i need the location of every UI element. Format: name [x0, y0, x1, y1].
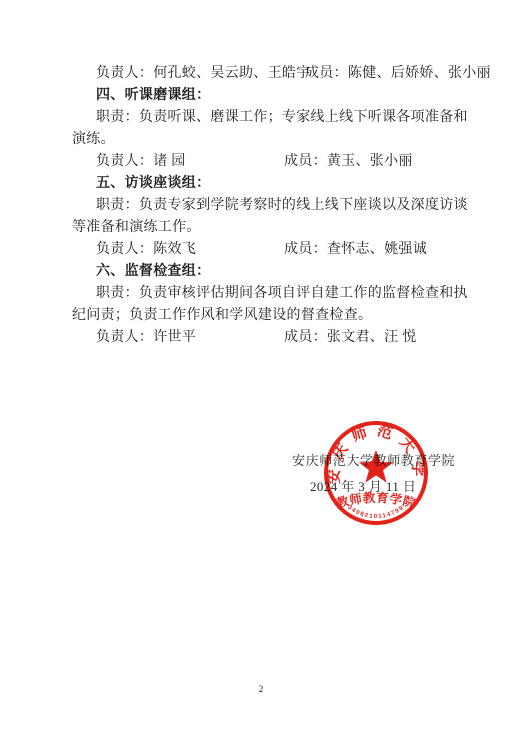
member-text: 成员：张文君、汪 悦 [284, 327, 417, 349]
seal-bottom-text: 教师教育学院 [334, 490, 418, 511]
section-heading: 五、访谈座谈组： [72, 173, 456, 195]
doc-lines: 负责人：何孔蛟、吴云助、王皓宇成员：陈健、后娇娇、张小丽四、听课磨课组：职责：负… [72, 63, 456, 349]
member-text: 成员：查怀志、姚强诚 [284, 239, 427, 261]
leader-text: 负责人：何孔蛟、吴云助、王皓宇 [96, 66, 311, 81]
leader-text: 负责人：许世平 [96, 330, 196, 345]
doc-line: 纪问责；负责工作作风和学风建设的督查检查。 [72, 305, 456, 327]
doc-line: 负责人：许世平成员：张文君、汪 悦 [72, 327, 456, 349]
doc-line: 负责人：何孔蛟、吴云助、王皓宇成员：陈健、后娇娇、张小丽 [72, 63, 456, 85]
section-heading: 四、听课磨课组： [72, 85, 456, 107]
doc-line: 等准备和演练工作。 [72, 217, 456, 239]
doc-line: 职责：负责听课、磨课工作；专家线上线下听课各项准备和 [72, 107, 456, 129]
member-text: 成员：陈健、后娇娇、张小丽 [305, 63, 491, 85]
doc-line: 负责人：诸 园成员：黄玉、张小丽 [72, 151, 456, 173]
page-number: 2 [0, 684, 522, 694]
section-heading: 六、监督检查组： [72, 261, 456, 283]
doc-line: 负责人：陈效飞成员：查怀志、姚强诚 [72, 239, 456, 261]
member-text: 成员：黄玉、张小丽 [284, 151, 413, 173]
leader-text: 负责人：诸 园 [96, 154, 186, 169]
doc-line: 职责：负责专家到学院考察时的线上线下座谈以及深度访谈 [72, 195, 456, 217]
seal-star-icon [359, 450, 393, 483]
official-seal-icon: 安庆师范大学 教师教育学院 3408210114799 [316, 413, 436, 533]
doc-line: 演练。 [72, 129, 456, 151]
document-page: 负责人：何孔蛟、吴云助、王皓宇成员：陈健、后娇娇、张小丽四、听课磨课组：职责：负… [0, 0, 522, 740]
leader-text: 负责人：陈效飞 [96, 242, 196, 257]
doc-line: 职责：负责审核评估期间各项自评自建工作的监督检查和执 [72, 283, 456, 305]
